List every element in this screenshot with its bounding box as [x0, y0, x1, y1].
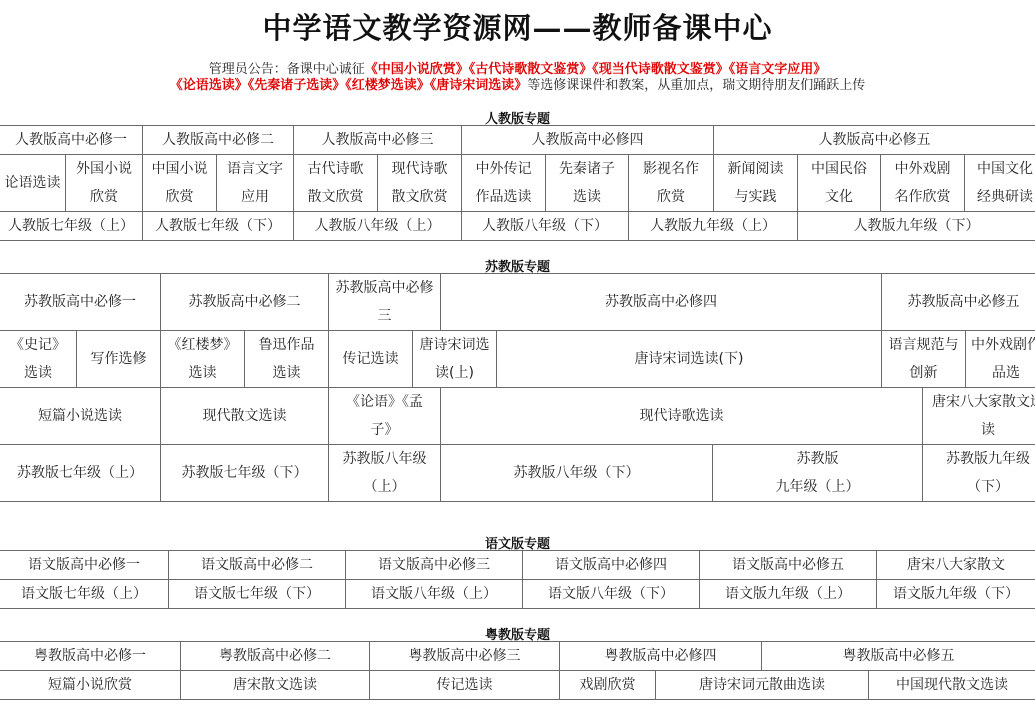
- link-sujiao-tangshi-a[interactable]: 唐诗宋词选读(上): [413, 331, 497, 387]
- link-renjiao-grade-8b[interactable]: 人教版八年级（下）: [462, 212, 629, 240]
- page-title: 中学语文教学资源网——教师备课中心: [0, 6, 1035, 47]
- cell-label: 唐诗宋词选读(下): [635, 345, 744, 373]
- cell-label: 语言文字: [227, 155, 283, 183]
- notice-suffix: 等选修课课件和教案，从重加点，瑞文期待朋友们踊跃上传: [527, 78, 865, 93]
- cell-label: 九年级（上）: [776, 473, 860, 501]
- link-renjiao-grade-8a[interactable]: 人教版八年级（上）: [294, 212, 462, 240]
- cell-label: 三: [336, 302, 434, 330]
- cell-label: 现代散文选读: [203, 402, 287, 430]
- cell-label: 影视名作: [643, 155, 699, 183]
- cell-label: 读: [932, 416, 1035, 444]
- link-sujiao-xiezuo[interactable]: 写作选修: [77, 331, 161, 387]
- link-sujiao-luxun[interactable]: 鲁迅作品选读: [245, 331, 329, 387]
- link-sujiao-xiandai-shige[interactable]: 现代诗歌选读: [441, 388, 923, 444]
- cell-label: 应用: [227, 183, 283, 211]
- link-sujiao-sanwen[interactable]: 现代散文选读: [161, 388, 329, 444]
- cell-label: 中国小说: [152, 155, 208, 183]
- link-sujiao-grade-7a[interactable]: 苏教版七年级（上）: [0, 445, 161, 501]
- link-renjiao-gudai-shige[interactable]: 古代诗歌散文欣赏: [294, 155, 378, 211]
- cell-label: 苏教版八年级（下）: [514, 459, 640, 487]
- link-yuwen-bixiu-1[interactable]: 语文版高中必修一: [0, 551, 169, 579]
- cell-label: 苏教版七年级（上）: [17, 459, 143, 487]
- link-renjiao-grade-9a[interactable]: 人教版九年级（上）: [629, 212, 798, 240]
- link-yuejiao-xiju[interactable]: 戏剧欣赏: [560, 671, 656, 699]
- link-yuwen-grade-8b[interactable]: 语文版八年级（下）: [523, 580, 700, 608]
- cell-label: 语言规范与: [889, 331, 959, 359]
- cell-label: （下）: [946, 473, 1030, 501]
- notice-prefix: 管理员公告：备课中心诚征: [209, 62, 365, 77]
- cell-label: 名作欣赏: [895, 183, 951, 211]
- cell-label: 中外戏剧: [895, 155, 951, 183]
- admin-notice-line-1: 管理员公告：备课中心诚征《中国小说欣赏》《古代诗歌散文鉴赏》《现当代诗歌散文鉴赏…: [0, 62, 1035, 78]
- link-sujiao-bixiu-1[interactable]: 苏教版高中必修一: [0, 274, 161, 330]
- link-yuejiao-tangshi-yuanqu[interactable]: 唐诗宋词元散曲选读: [656, 671, 869, 699]
- cell-label: 短篇小说选读: [38, 402, 122, 430]
- link-renjiao-yuyan-wenzi[interactable]: 语言文字应用: [217, 155, 294, 211]
- cell-label: 苏教版高中必修五: [908, 288, 1020, 316]
- link-yuwen-tangsong-bada[interactable]: 唐宋八大家散文: [877, 551, 1035, 579]
- link-renjiao-bixiu-2[interactable]: 人教版高中必修二: [143, 126, 294, 154]
- cell-label: 子》: [346, 416, 423, 444]
- cell-label: 中外戏剧作: [971, 331, 1035, 359]
- link-yuwen-grade-8a[interactable]: 语文版八年级（上）: [346, 580, 523, 608]
- link-renjiao-wenhua-jingdian[interactable]: 中国文化经典研读: [965, 155, 1035, 211]
- link-yuejiao-zhuanji[interactable]: 传记选读: [370, 671, 560, 699]
- cell-label: 先秦诸子: [559, 155, 615, 183]
- link-yuwen-bixiu-2[interactable]: 语文版高中必修二: [169, 551, 346, 579]
- link-renjiao-bixiu-5[interactable]: 人教版高中必修五: [714, 126, 1035, 154]
- link-yuwen-bixiu-3[interactable]: 语文版高中必修三: [346, 551, 523, 579]
- link-renjiao-xianqin[interactable]: 先秦诸子选读: [546, 155, 629, 211]
- link-sujiao-xiju[interactable]: 中外戏剧作品选: [966, 331, 1035, 387]
- cell-label: 文化: [811, 183, 867, 211]
- link-renjiao-bixiu-1[interactable]: 人教版高中必修一: [0, 126, 143, 154]
- link-yuejiao-bixiu-5[interactable]: 粤教版高中必修五: [762, 642, 1035, 670]
- cell-label: 选读: [10, 359, 66, 387]
- cell-label: 苏教版八年级: [343, 445, 427, 473]
- cell-label: 现代诗歌选读: [640, 402, 724, 430]
- link-yuejiao-duanpian[interactable]: 短篇小说欣赏: [0, 671, 181, 699]
- link-sujiao-tangsong-bada[interactable]: 唐宋八大家散文选读: [923, 388, 1035, 444]
- link-sujiao-honglou[interactable]: 《红楼梦》选读: [161, 331, 245, 387]
- link-yuwen-bixiu-4[interactable]: 语文版高中必修四: [523, 551, 700, 579]
- link-yuwen-grade-7b[interactable]: 语文版七年级（下）: [169, 580, 346, 608]
- link-sujiao-lunyu-mengzi[interactable]: 《论语》《孟子》: [329, 388, 441, 444]
- cell-label: 读(上): [420, 359, 490, 387]
- link-sujiao-bixiu-4[interactable]: 苏教版高中必修四: [441, 274, 882, 330]
- link-renjiao-zhuanji[interactable]: 中外传记作品选读: [462, 155, 546, 211]
- link-sujiao-grade-9b[interactable]: 苏教版九年级（下）: [923, 445, 1035, 501]
- link-sujiao-shiji[interactable]: 《史记》选读: [0, 331, 77, 387]
- cell-label: 苏教版高中必修: [336, 274, 434, 302]
- cell-label: 苏教版九年级: [946, 445, 1030, 473]
- link-sujiao-grade-8b[interactable]: 苏教版八年级（下）: [441, 445, 713, 501]
- cell-label: 苏教版高中必修二: [189, 288, 301, 316]
- cell-label: 散文欣赏: [392, 183, 448, 211]
- cell-label: 写作选修: [91, 345, 147, 373]
- cell-label: 鲁迅作品: [259, 331, 315, 359]
- link-yuejiao-bixiu-3[interactable]: 粤教版高中必修三: [370, 642, 560, 670]
- link-sujiao-yuyan-guifan[interactable]: 语言规范与创新: [882, 331, 966, 387]
- cell-label: 《论语》《孟: [346, 388, 423, 416]
- link-yuwen-grade-7a[interactable]: 语文版七年级（上）: [0, 580, 169, 608]
- divider: [0, 699, 1035, 700]
- cell-label: 欣赏: [76, 183, 132, 211]
- admin-notice-line-2: 《论语选读》《先秦诸子选读》《红楼梦选读》《唐诗宋词选读》等选修课课件和教案，从…: [0, 78, 1035, 94]
- link-sujiao-bixiu-3[interactable]: 苏教版高中必修三: [329, 274, 441, 330]
- cell-label: 作品选读: [476, 183, 532, 211]
- cell-label: 新闻阅读: [728, 155, 784, 183]
- cell-label: 古代诗歌: [308, 155, 364, 183]
- link-renjiao-yingshi[interactable]: 影视名作欣赏: [629, 155, 714, 211]
- link-sujiao-tangshi-b[interactable]: 唐诗宋词选读(下): [497, 331, 882, 387]
- divider: [0, 501, 1035, 502]
- notice-highlight-courses-1: 《中国小说欣赏》《古代诗歌散文鉴赏》《现当代诗歌散文鉴赏》《语言文字应用》: [365, 62, 827, 77]
- cell-label: 外国小说: [76, 155, 132, 183]
- link-yuwen-grade-9a[interactable]: 语文版九年级（上）: [700, 580, 877, 608]
- cell-label: 唐宋八大家散文选: [932, 388, 1035, 416]
- link-renjiao-xiandai-shige[interactable]: 现代诗歌散文欣赏: [378, 155, 462, 211]
- link-renjiao-minsu[interactable]: 中国民俗文化: [798, 155, 881, 211]
- link-sujiao-zhuanji[interactable]: 传记选读: [329, 331, 413, 387]
- cell-label: 苏教版高中必修四: [605, 288, 717, 316]
- link-renjiao-bixiu-3[interactable]: 人教版高中必修三: [294, 126, 462, 154]
- link-sujiao-grade-8a[interactable]: 苏教版八年级（上）: [329, 445, 441, 501]
- cell-label: 中外传记: [476, 155, 532, 183]
- link-sujiao-bixiu-2[interactable]: 苏教版高中必修二: [161, 274, 329, 330]
- cell-label: 创新: [889, 359, 959, 387]
- link-renjiao-zhongguo-xiaoshuo[interactable]: 中国小说欣赏: [143, 155, 217, 211]
- link-yuwen-bixiu-5[interactable]: 语文版高中必修五: [700, 551, 877, 579]
- link-renjiao-xinwen[interactable]: 新闻阅读与实践: [714, 155, 798, 211]
- link-yuejiao-bixiu-1[interactable]: 粤教版高中必修一: [0, 642, 181, 670]
- cell-label: 选读: [559, 183, 615, 211]
- link-renjiao-grade-7a[interactable]: 人教版七年级（上）: [0, 212, 143, 240]
- cell-label: 苏教版七年级（下）: [182, 459, 308, 487]
- cell-label: 现代诗歌: [392, 155, 448, 183]
- link-renjiao-bixiu-4[interactable]: 人教版高中必修四: [462, 126, 714, 154]
- link-sujiao-duanpian[interactable]: 短篇小说选读: [0, 388, 161, 444]
- link-renjiao-xiju[interactable]: 中外戏剧名作欣赏: [881, 155, 965, 211]
- cell-label: 经典研读: [977, 183, 1033, 211]
- divider: [0, 608, 1035, 609]
- link-yuejiao-tangsong-sanwen[interactable]: 唐宋散文选读: [181, 671, 370, 699]
- cell-label: 散文欣赏: [308, 183, 364, 211]
- link-yuejiao-bixiu-2[interactable]: 粤教版高中必修二: [181, 642, 370, 670]
- cell-label: （上）: [343, 473, 427, 501]
- cell-label: 传记选读: [343, 345, 399, 373]
- cell-label: 与实践: [728, 183, 784, 211]
- link-renjiao-waiguo-xiaoshuo[interactable]: 外国小说欣赏: [66, 155, 143, 211]
- link-yuejiao-bixiu-4[interactable]: 粤教版高中必修四: [560, 642, 762, 670]
- cell-label: 《红楼梦》: [168, 331, 238, 359]
- link-renjiao-grade-9b[interactable]: 人教版九年级（下）: [798, 212, 1035, 240]
- cell-label: 品选: [971, 359, 1035, 387]
- notice-highlight-courses-2: 《论语选读》《先秦诸子选读》《红楼梦选读》《唐诗宋词选读》: [170, 78, 528, 93]
- cell-label: 苏教版高中必修一: [24, 288, 136, 316]
- cell-label: 中国文化: [977, 155, 1033, 183]
- cell-label: 欣赏: [643, 183, 699, 211]
- cell-label: 论语选读: [5, 169, 61, 197]
- link-renjiao-grade-7b[interactable]: 人教版七年级（下）: [143, 212, 294, 240]
- cell-label: 《史记》: [10, 331, 66, 359]
- link-sujiao-bixiu-5[interactable]: 苏教版高中必修五: [882, 274, 1035, 330]
- cell-label: 欣赏: [152, 183, 208, 211]
- link-sujiao-grade-9a[interactable]: 苏教版九年级（上）: [713, 445, 923, 501]
- link-sujiao-grade-7b[interactable]: 苏教版七年级（下）: [161, 445, 329, 501]
- cell-label: 唐诗宋词选: [420, 331, 490, 359]
- link-yuwen-grade-9b[interactable]: 语文版九年级（下）: [877, 580, 1035, 608]
- cell-label: 中国民俗: [811, 155, 867, 183]
- divider: [0, 240, 1035, 241]
- cell-label: 选读: [259, 359, 315, 387]
- link-renjiao-lunyu[interactable]: 论语选读: [0, 155, 66, 211]
- cell-label: 苏教版: [776, 445, 860, 473]
- link-yuejiao-xiandai-sanwen[interactable]: 中国现代散文选读: [869, 671, 1035, 699]
- cell-label: 选读: [168, 359, 238, 387]
